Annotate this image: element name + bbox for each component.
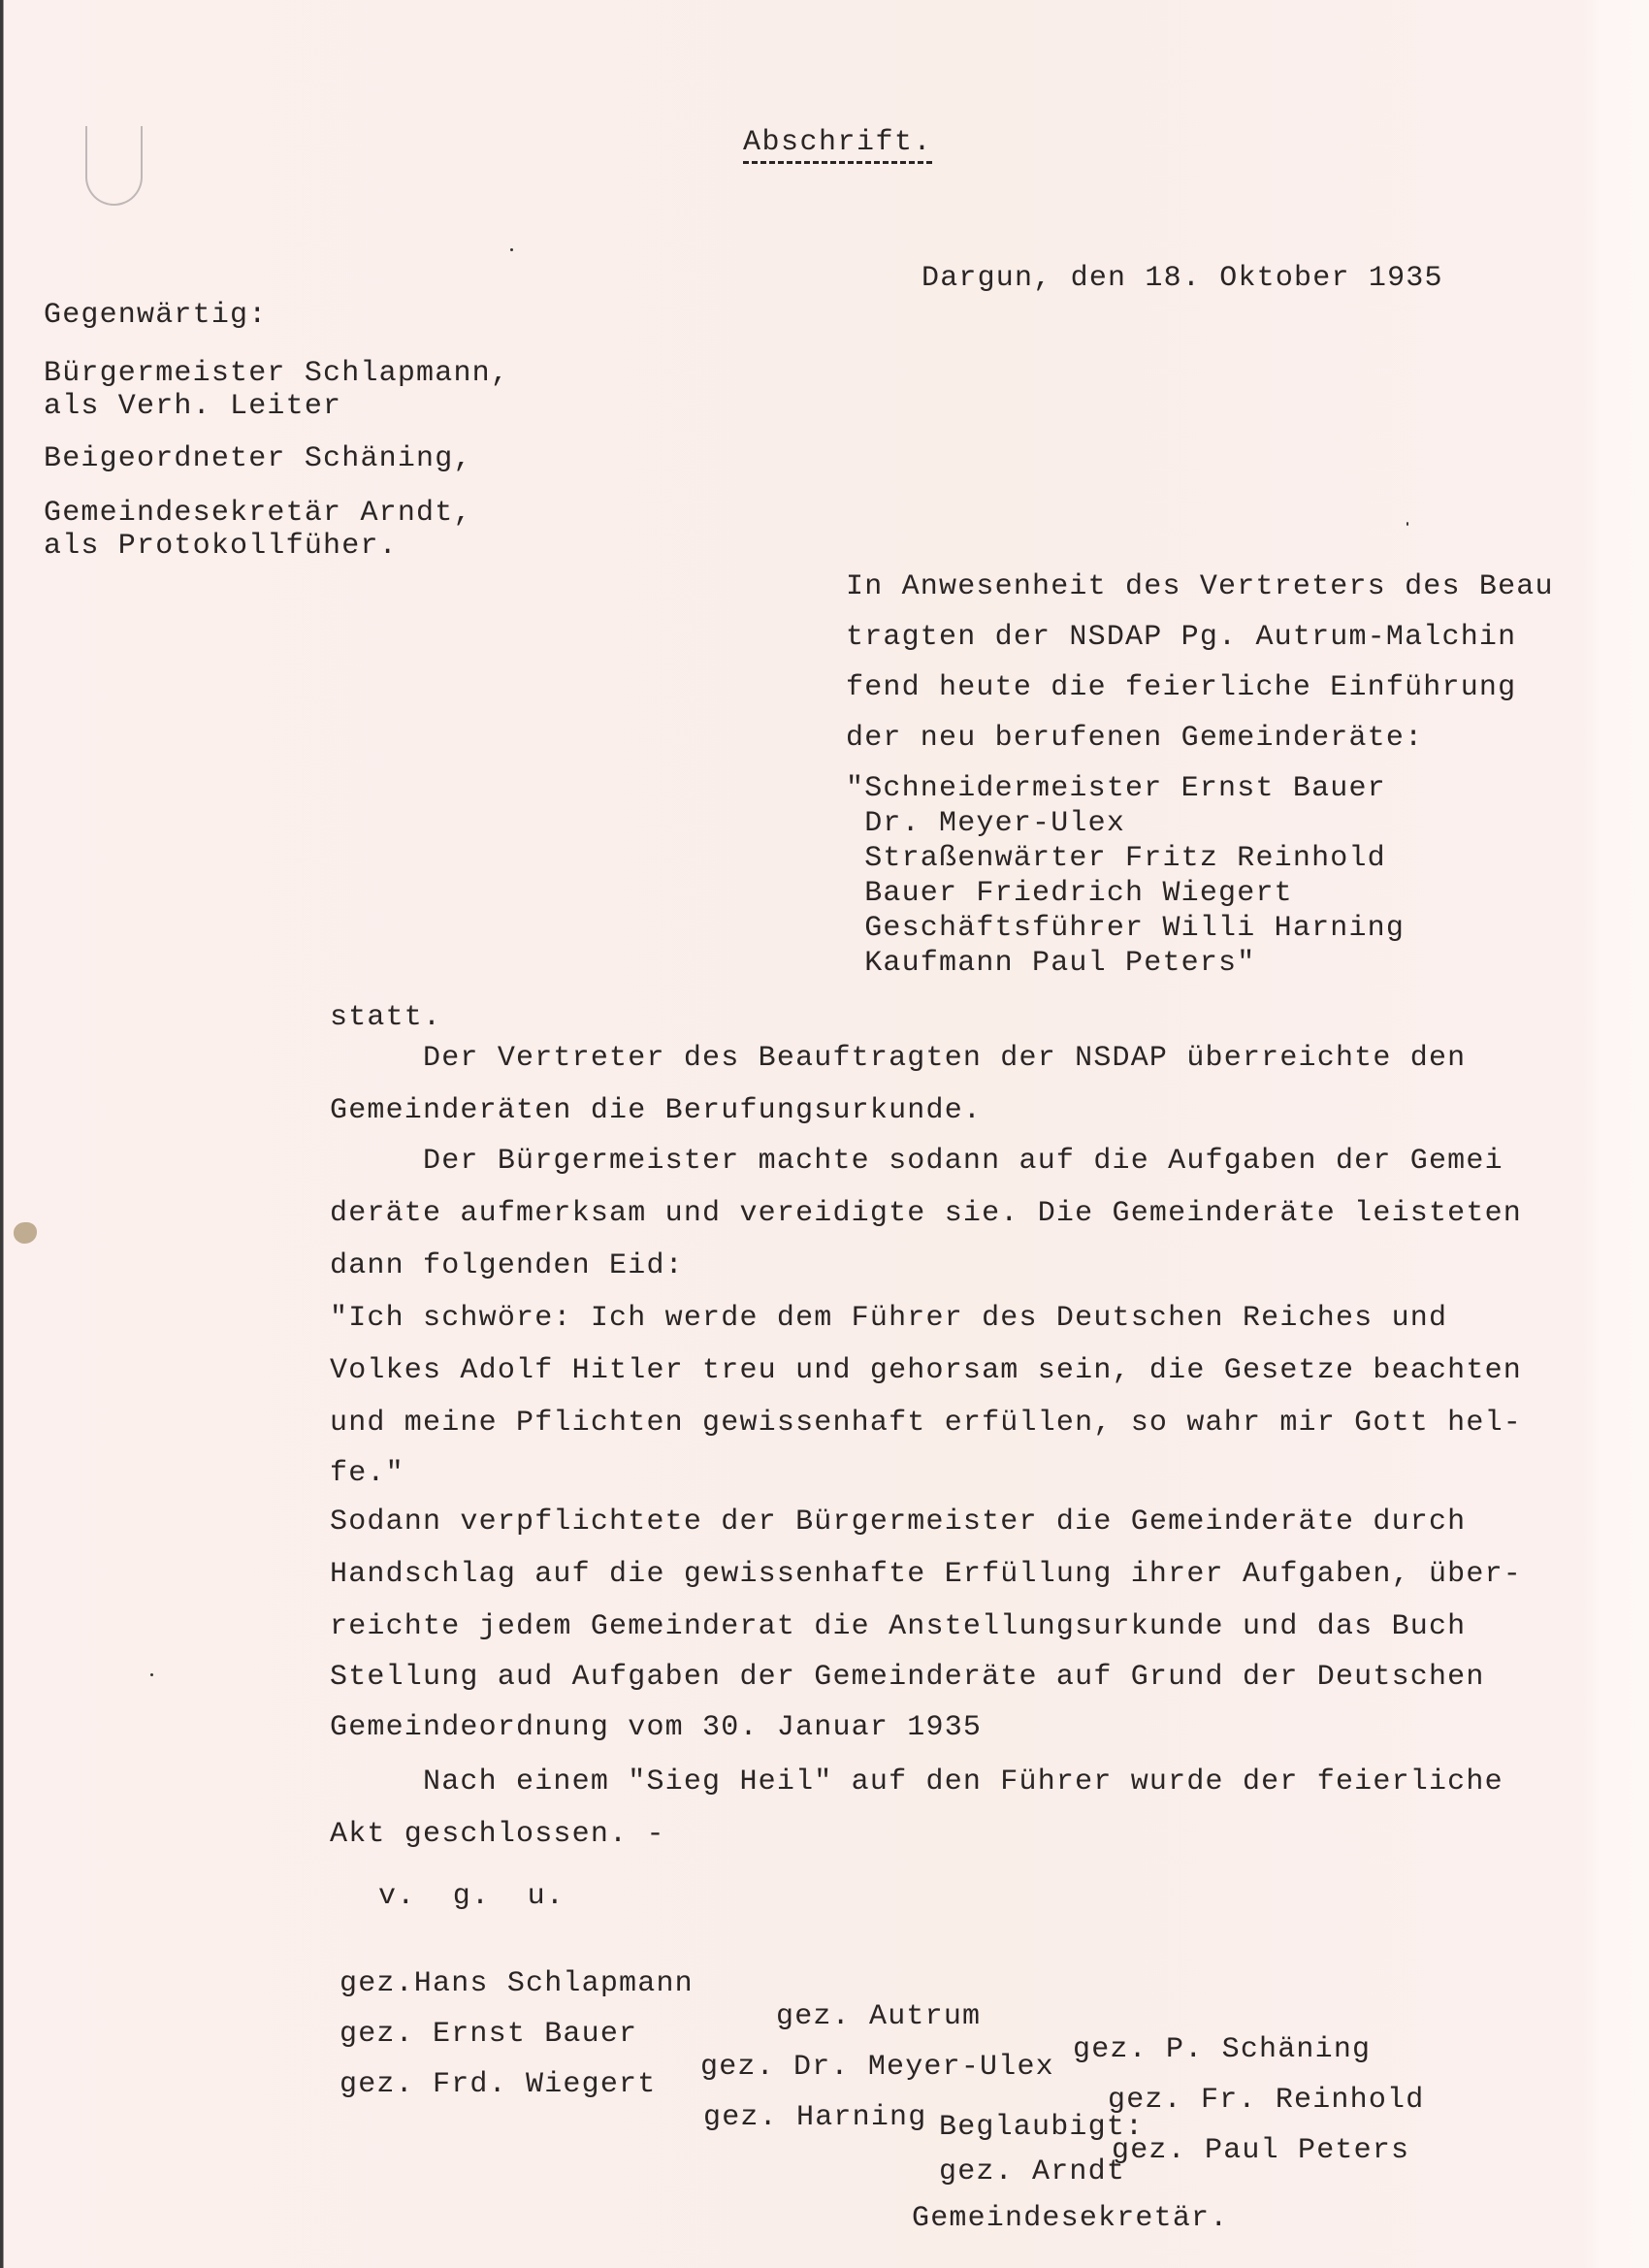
vgu-abbreviation: v. g. u. [378,1880,565,1913]
signature: gez. Fr. Reinhold [1108,2084,1424,2117]
councillor: Bauer Friedrich Wiegert [846,877,1293,910]
document-page: Abschrift. Dargun, den 18. Oktober 1935 … [0,0,1649,2268]
present-heading: Gegenwärtig: [44,299,267,332]
oath-line: und meine Pflichten gewissenhaft erfülle… [330,1407,1522,1440]
present-entry-role: als Protokollfüher. [44,530,398,563]
councillor: Straßenwärter Fritz Reinhold [846,842,1386,875]
body-line: reichte jedem Gemeinderat die Anstellung… [330,1610,1466,1643]
present-entry-role: als Verh. Leiter [44,390,341,423]
speck [150,1673,153,1676]
body-line: Der Vertreter des Beauftragten der NSDAP… [330,1042,1466,1075]
councillor: Kaufmann Paul Peters" [846,947,1255,980]
oath-line: fe." [330,1457,404,1490]
signature-row: gez. Frd. Wiegert gez. Harning gez. Paul… [339,2035,451,2200]
signature: gez. Frd. Wiegert [339,2068,656,2101]
speck [1406,522,1408,526]
present-entry: Bürgermeister Schlapmann, [44,357,509,390]
councillor: Geschäftsführer Willi Harning [846,912,1405,945]
intro-line: der neu berufenen Gemeinderäte: [846,722,1423,755]
body-line: deräte aufmerksam und vereidigte sie. Di… [330,1197,1522,1230]
body-line: Der Bürgermeister machte sodann auf die … [330,1145,1503,1178]
intro-line: tragten der NSDAP Pg. Autrum-Malchin [846,621,1516,654]
body-line: Handschlag auf die gewissenhafte Erfüllu… [330,1558,1522,1591]
present-entry: Beigeordneter Schäning, [44,442,472,475]
body-line: statt. [330,1001,441,1034]
intro-line: In Anwesenheit des Vertreters des Beau [846,570,1554,603]
councillor: Dr. Meyer-Ulex [846,807,1125,840]
body-line: Akt geschlossen. - [330,1818,665,1851]
paper-stain [14,1222,37,1244]
body-line: dann folgenden Eid: [330,1249,684,1282]
certification-signed: gez. Arndt [939,2155,1125,2188]
certification-role: Gemeindesekretär. [912,2202,1228,2235]
signature: gez. Autrum [776,2000,981,2033]
document-title: Abschrift. [743,126,932,164]
body-line: Stellung aud Aufgaben der Gemeinderäte a… [330,1661,1485,1694]
paperclip-mark [85,126,143,206]
signature: gez. Dr. Meyer-Ulex [700,2051,1054,2084]
councillor: "Schneidermeister Ernst Bauer [846,772,1386,805]
body-line: Gemeinderäten die Berufungsurkunde. [330,1094,982,1127]
speck [510,248,513,251]
signature: gez. Paul Peters [1112,2134,1409,2167]
signature: gez. Harning [703,2101,926,2134]
body-line: Gemeindeordnung vom 30. Januar 1935 [330,1711,982,1744]
certification-label: Beglaubigt: [939,2111,1144,2144]
present-entry: Gemeindesekretär Arndt, [44,497,472,530]
place-date: Dargun, den 18. Oktober 1935 [921,262,1443,295]
body-line: Sodann verpflichtete der Bürgermeister d… [330,1506,1466,1539]
oath-line: Volkes Adolf Hitler treu und gehorsam se… [330,1354,1522,1387]
signature: gez. P. Schäning [1073,2033,1371,2066]
body-line: Nach einem "Sieg Heil" auf den Führer wu… [330,1766,1503,1798]
oath-line: "Ich schwöre: Ich werde dem Führer des D… [330,1302,1447,1335]
intro-line: fend heute die feierliche Einführung [846,671,1516,704]
